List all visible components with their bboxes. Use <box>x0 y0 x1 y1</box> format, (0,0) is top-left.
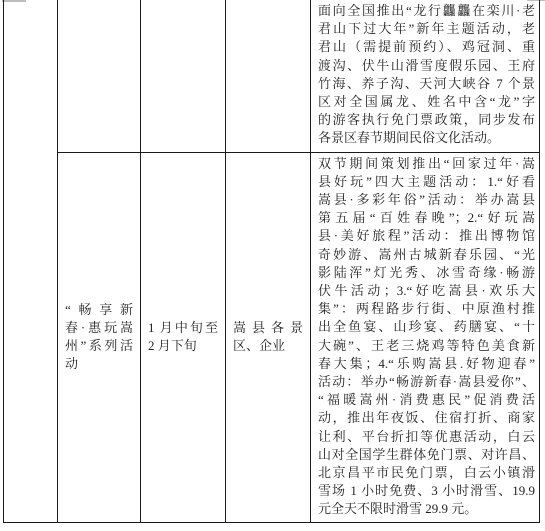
text-line: 集”：两程路步行街、中原渔村推 <box>318 300 535 318</box>
event-schedule-table: 面向全国推出“龙行龘龘在栾川·老君山下过大年”新年主题活动，老君山（需提前预约）… <box>3 0 540 523</box>
text-line: 动，推出年夜饭、住宿打折、商家 <box>318 409 535 427</box>
merged-left-cell <box>4 0 58 522</box>
text-line: “畅享新 <box>65 301 133 319</box>
text-line: 嵩县各景 <box>233 319 303 337</box>
text-line: 元全天不限时滑雪 29.9 元。 <box>318 500 535 518</box>
text-line: 北京昌平市民免门票，白云小镇滑 <box>318 464 535 482</box>
text-line: 双节期间策划推出“回家过年·嵩 <box>318 155 535 173</box>
row2-venue-cell: 嵩县各景区、企业 <box>226 152 311 522</box>
row1-description-cell: 面向全国推出“龙行龘龘在栾川·老君山下过大年”新年主题活动，老君山（需提前预约）… <box>311 0 540 152</box>
text-line: 2 月下旬 <box>148 337 218 355</box>
text-line: 面向全国推出“龙行龘龘在栾川·老 <box>318 2 535 20</box>
text-line: 君山下过大年”新年主题活动，老 <box>318 20 535 38</box>
text-line: 县好玩”四大主题活动：1.“好看 <box>318 173 535 191</box>
row2-activity-name-cell: “畅享新春·惠玩嵩州”系列活动 <box>58 152 141 522</box>
text-line: 第五届“百姓春晚”；2.“好玩嵩 <box>318 209 535 227</box>
text-line: 的游客执行免门票政策，同步发布 <box>318 111 535 129</box>
time-range-text: 1 月中旬至2 月下旬 <box>148 319 218 355</box>
row1-time-cell <box>141 0 226 152</box>
text-line: 奇妙游、嵩州古城新春乐园、“光 <box>318 246 535 264</box>
text-line: “福暖嵩州·消费惠民”促消费活 <box>318 391 535 409</box>
document-page: 面向全国推出“龙行龘龘在栾川·老君山下过大年”新年主题活动，老君山（需提前预约）… <box>0 0 545 531</box>
text-line: 州”系列活 <box>65 337 133 355</box>
text-line: 1 月中旬至 <box>148 319 218 337</box>
text-line: 出全鱼宴、山珍宴、药膳宴、“十 <box>318 318 535 336</box>
text-line: 渡沟、伏牛山滑雪度假乐园、王府 <box>318 57 535 75</box>
venue-text: 嵩县各景区、企业 <box>233 319 303 355</box>
row1-venue-cell <box>226 0 311 152</box>
activity-name-text: “畅享新春·惠玩嵩州”系列活动 <box>65 301 133 374</box>
text-line: 各景区春节期间民俗文化活动。 <box>318 129 535 147</box>
text-line: 伏牛活动；3.“好吃嵩县·欢乐大 <box>318 282 535 300</box>
text-line: 春·惠玩嵩 <box>65 319 133 337</box>
text-line: 影陆浑”灯光秀、冰雪奇缘·畅游 <box>318 264 535 282</box>
row2-time-cell: 1 月中旬至2 月下旬 <box>141 152 226 522</box>
row1-activity-cell <box>58 0 141 152</box>
row2-description-cell: 双节期间策划推出“回家过年·嵩县好玩”四大主题活动：1.“好看嵩县·多彩年俗”活… <box>311 152 540 522</box>
text-line: 区、企业 <box>233 337 303 355</box>
text-line: 君山（需提前预约）、鸡冠洞、重 <box>318 38 535 56</box>
text-line: 活动：举办“畅游新春·嵩县爱你”、 <box>318 373 535 391</box>
text-line: 嵩县·多彩年俗”活动：举办嵩县 <box>318 191 535 209</box>
text-line: 春大集；4.“乐购嵩县.好物迎春” <box>318 355 535 373</box>
text-line: 让利、平台折扣等优惠活动，白云 <box>318 428 535 446</box>
text-line: 区对全国属龙、姓名中含“龙”字 <box>318 93 535 111</box>
text-line: 县·美好旅程”活动：推出博物馆 <box>318 227 535 245</box>
text-line: 雪场 1 小时免费、3 小时滑雪、19.9 <box>318 482 535 500</box>
row1-description-text: 面向全国推出“龙行龘龘在栾川·老君山下过大年”新年主题活动，老君山（需提前预约）… <box>318 2 535 148</box>
text-line: 大碗”、王老三烧鸡等特色美食新 <box>318 337 535 355</box>
text-line: 竹海、养子沟、天河大峡谷 7 个景 <box>318 75 535 93</box>
row2-description-text: 双节期间策划推出“回家过年·嵩县好玩”四大主题活动：1.“好看嵩县·多彩年俗”活… <box>318 155 535 519</box>
text-line: 动 <box>65 355 133 373</box>
text-line: 山对全国学生群体免门票、对许昌、 <box>318 446 535 464</box>
